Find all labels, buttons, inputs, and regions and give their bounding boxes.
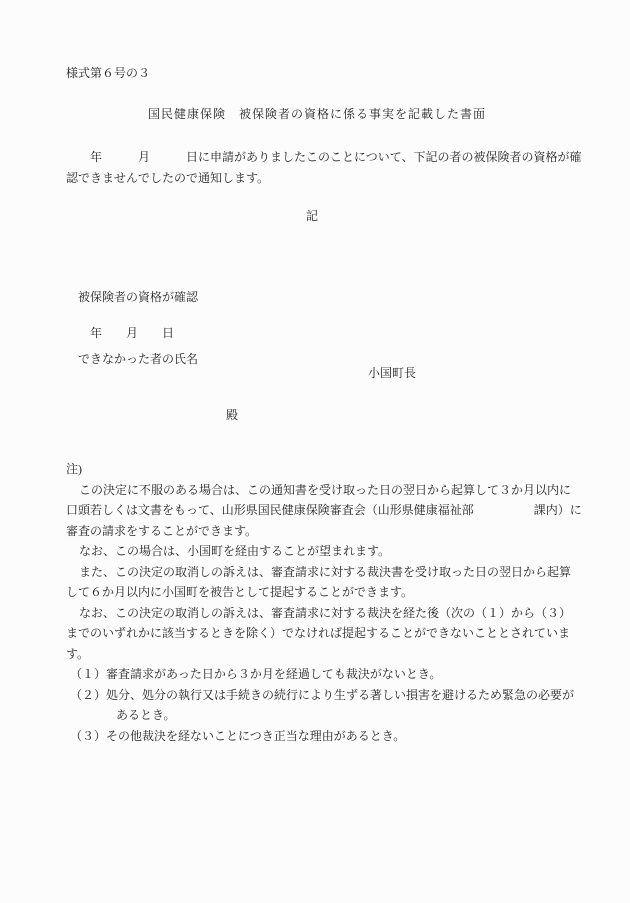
sender-mayor-name: 小国町長 (368, 366, 416, 381)
note-line: なお、この決定の取消しの訴えは、審査請求に対する裁決を経た後（次の（１）から（３… (79, 603, 611, 624)
note-line: す。 (66, 644, 611, 665)
date-line: 年 月 日 (90, 326, 174, 341)
document-page: 様式第６号の３ 国民健康保険 被保険者の資格に係る事実を記載した書面 年 月 日… (0, 0, 630, 903)
intro-line-2: 認できませんでしたので通知します。 (66, 168, 606, 189)
note-line: 口頭若しくは文書をもって、山形県国民健康保険審査会（山形県健康福祉部 課内）に (66, 500, 611, 521)
name-field-label-line-2: できなかった者の氏名 (78, 349, 198, 370)
note-line: までのいずれかに該当するときを除く）でなければ提起することができないこととされて… (66, 623, 611, 644)
note-line: この決定に不服のある場合は、この通知書を受け取った日の翌日から起算して３か月以内… (79, 480, 611, 501)
note-line: して６か月以内に小国町を被告として提起することができます。 (66, 582, 611, 603)
intro-line-1: 年 月 日に申請がありましたこのことについて、下記の者の被保険者の資格が確 (66, 147, 606, 168)
note-line: （３）その他裁決を経ないことにつき正当な理由があるとき。 (70, 726, 611, 747)
addressee-suffix-dono: 殿 (226, 408, 238, 423)
intro-paragraph: 年 月 日に申請がありましたこのことについて、下記の者の被保険者の資格が確 認で… (66, 147, 606, 188)
note-line: 審査の請求をすることができます。 (66, 521, 611, 542)
note-line: （２）処分、処分の執行又は手続きの続行により生ずる著しい損害を避けるため緊急の必… (70, 685, 611, 706)
note-line: あるとき。 (116, 705, 611, 726)
notes-heading: 注) (66, 459, 611, 480)
notes-section: 注) この決定に不服のある場合は、この通知書を受け取った日の翌日から起算して３か… (66, 459, 611, 746)
note-line: なお、この場合は、小国町を経由することが望まれます。 (79, 541, 611, 562)
section-marker-ki: 記 (306, 209, 318, 224)
document-title: 国民健康保険 被保険者の資格に係る事実を記載した書面 (148, 107, 486, 122)
form-number: 様式第６号の３ (66, 66, 150, 81)
note-line: また、この決定の取消しの訴えは、審査請求に対する裁決書を受け取った日の翌日から起… (79, 562, 611, 583)
name-field-label-line-1: 被保険者の資格が確認 (78, 287, 198, 308)
note-line: （１）審査請求があった日から３か月を経過しても裁決がないとき。 (70, 664, 611, 685)
